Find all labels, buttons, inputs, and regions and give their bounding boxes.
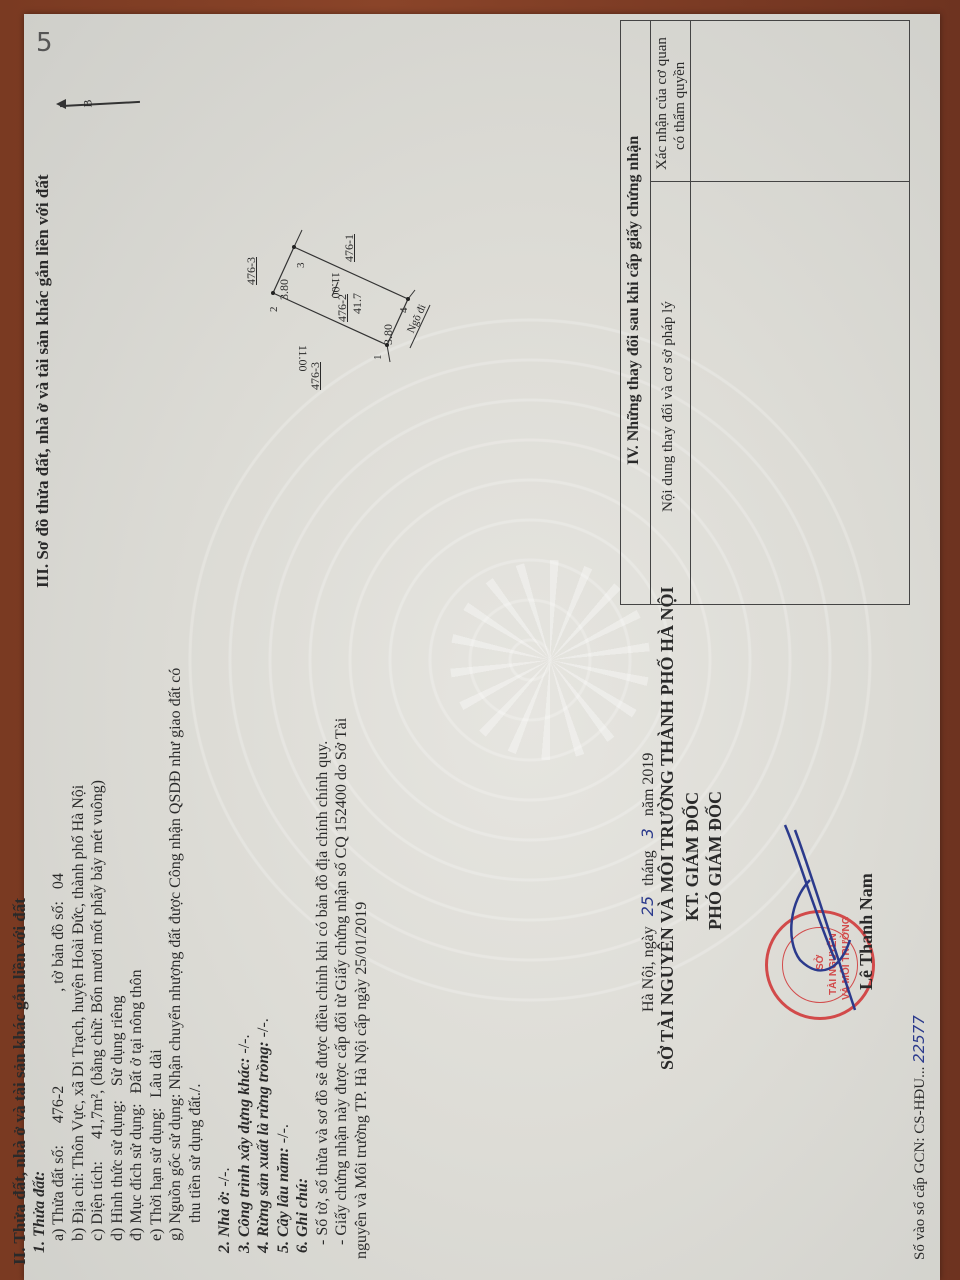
usage-purpose-label: đ) Mục đích sử dụng: xyxy=(128,1103,145,1241)
other-construction-value: -/-. xyxy=(236,1034,253,1053)
date-month-label: tháng xyxy=(640,850,657,886)
parcel-number-value: 476-2 xyxy=(50,1086,67,1123)
registry-label: Số vào sổ cấp GCN: CS-HĐU... xyxy=(912,1067,928,1260)
signer-role-2: PHÓ GIÁM ĐỐC xyxy=(705,791,726,930)
note-2: - Giấy chứng nhận này được cấp đổi từ Gi… xyxy=(332,668,352,1265)
perennial-row: 5. Cây lâu năm: -/-. xyxy=(274,668,294,1265)
forest-value: -/-. xyxy=(255,1018,272,1037)
section-ii-block: II. Thửa đất, nhà ở và tài sản khác gắn … xyxy=(10,668,371,1265)
vertex-label-4: 4 xyxy=(398,308,410,314)
area-label: c) Diện tích: xyxy=(89,1161,106,1241)
house-value: -/-. xyxy=(216,1168,233,1187)
other-construction-row: 3. Công trình xây dựng khác: -/-. xyxy=(235,668,255,1265)
map-sheet-value: 04 xyxy=(50,873,67,889)
column-header-confirmation-line1: Xác nhận của cơ quan xyxy=(654,37,671,170)
parcel-area-label: 41.7 xyxy=(350,293,365,314)
address-row: b) Địa chỉ: Thôn Vực, xã Di Trạch, huyện… xyxy=(69,668,89,1265)
origin-row: g) Nguồn gốc sử dụng: Nhận chuyển nhượng… xyxy=(166,668,186,1265)
origin-value: Nhận chuyển nhượng đất được Công nhận QS… xyxy=(167,668,184,1090)
north-arrow-head-icon xyxy=(56,99,66,109)
parcel-heading: 1. Thửa đất: xyxy=(30,668,50,1265)
issuing-agency: SỞ TÀI NGUYÊN VÀ MÔI TRƯỜNG THÀNH PHỐ HÀ… xyxy=(657,586,678,1070)
page-number: 5 xyxy=(36,28,53,58)
date-month: 3 xyxy=(638,828,657,838)
perennial-value: -/-. xyxy=(275,1124,292,1143)
forest-row: 4. Rừng sản xuất là rừng trồng: -/-. xyxy=(254,668,274,1265)
parcel-id-label: 476-2 xyxy=(335,294,350,322)
note-1: - Số tờ, số thửa và sơ đồ sẽ được điều c… xyxy=(313,668,333,1265)
address-label: b) Địa chỉ: xyxy=(70,1173,87,1241)
other-construction-label: 3. Công trình xây dựng khác: xyxy=(236,1058,253,1253)
notes-heading: 6. Ghi chú: xyxy=(293,668,313,1265)
column-header-confirmation-line2: có thẩm quyền xyxy=(672,62,689,150)
neighbor-parcel-top: 476-3 xyxy=(244,257,259,285)
address-value: Thôn Vực, xã Di Trạch, huyện Hoài Đức, t… xyxy=(70,785,87,1169)
perennial-label: 5. Cây lâu năm: xyxy=(275,1147,292,1253)
vertex-label-1: 1 xyxy=(372,355,384,361)
usage-purpose-row: đ) Mục đích sử dụng: Đất ở tại nông thôn xyxy=(127,668,147,1265)
house-label: 2. Nhà ở: xyxy=(216,1191,233,1253)
parcel-number-row: a) Thửa đất số: 476-2 , tờ bản đồ số: 04 xyxy=(49,668,69,1265)
signer-name: Lê Thanh Nam xyxy=(856,873,877,990)
usage-term-label: e) Thời hạn sử dụng: xyxy=(148,1108,165,1241)
north-arrow-label: B xyxy=(81,99,96,107)
parcel-number-label: a) Thửa đất số: xyxy=(50,1145,67,1241)
section-iii-title: III. Sơ đồ thửa đất, nhà ở và tài sản kh… xyxy=(33,175,53,589)
usage-term-value: Lâu dài xyxy=(148,1049,165,1097)
usage-form-value: Sử dụng riêng xyxy=(109,996,126,1086)
note-2-cont: nguyên và Môi trường TP. Hà Nội cấp ngày… xyxy=(352,668,372,1265)
neighbor-parcel-right: 476-1 xyxy=(342,234,357,262)
date-year: năm 2019 xyxy=(640,753,657,817)
vertex-label-3: 3 xyxy=(295,263,307,269)
origin-label: g) Nguồn gốc sử dụng: xyxy=(167,1094,184,1241)
column-header-content: Nội dung thay đổi và cơ sở pháp lý xyxy=(660,301,677,512)
date-day: 25 xyxy=(638,896,657,916)
neighbor-parcel-left: 476-3 xyxy=(308,362,323,390)
section-ii-title: II. Thửa đất, nhà ở và tài sản khác gắn … xyxy=(10,668,30,1265)
section-iv-title: IV. Những thay đổi sau khi cấp giấy chứn… xyxy=(625,136,643,465)
forest-label: 4. Rừng sản xuất là rừng trồng: xyxy=(255,1041,272,1253)
area-row: c) Diện tích: 41,7m², (bằng chữ: Bốn mươ… xyxy=(88,668,108,1265)
signer-role-1: KT. GIÁM ĐỐC xyxy=(682,792,703,921)
edge-length-2-3: 3.80 xyxy=(277,279,292,300)
usage-form-row: d) Hình thức sử dụng: Sử dụng riêng xyxy=(108,668,128,1265)
origin-row-cont: thu tiền sử dụng đất./. xyxy=(186,668,206,1265)
usage-purpose-value: Đất ở tại nông thôn xyxy=(128,969,145,1093)
map-sheet-label: , tờ bản đồ số: xyxy=(50,901,67,992)
vertex-label-2: 2 xyxy=(268,307,280,313)
usage-form-label: d) Hình thức sử dụng: xyxy=(109,1100,126,1241)
area-value: 41,7m², (bằng chữ: Bốn mươi mốt phẩy bảy… xyxy=(89,780,106,1139)
house-row: 2. Nhà ở: -/-. xyxy=(215,668,235,1265)
registry-number: Số vào sổ cấp GCN: CS-HĐU... 22577 xyxy=(910,1015,929,1260)
edge-length-4-1: 3.80 xyxy=(381,324,396,345)
usage-term-row: e) Thời hạn sử dụng: Lâu dài xyxy=(147,668,167,1265)
date-prefix: Hà Nội, ngày xyxy=(640,926,657,1012)
signature-date: Hà Nội, ngày 25 tháng 3 năm 2019 xyxy=(638,753,658,1012)
registry-handwritten: 22577 xyxy=(910,1015,928,1063)
